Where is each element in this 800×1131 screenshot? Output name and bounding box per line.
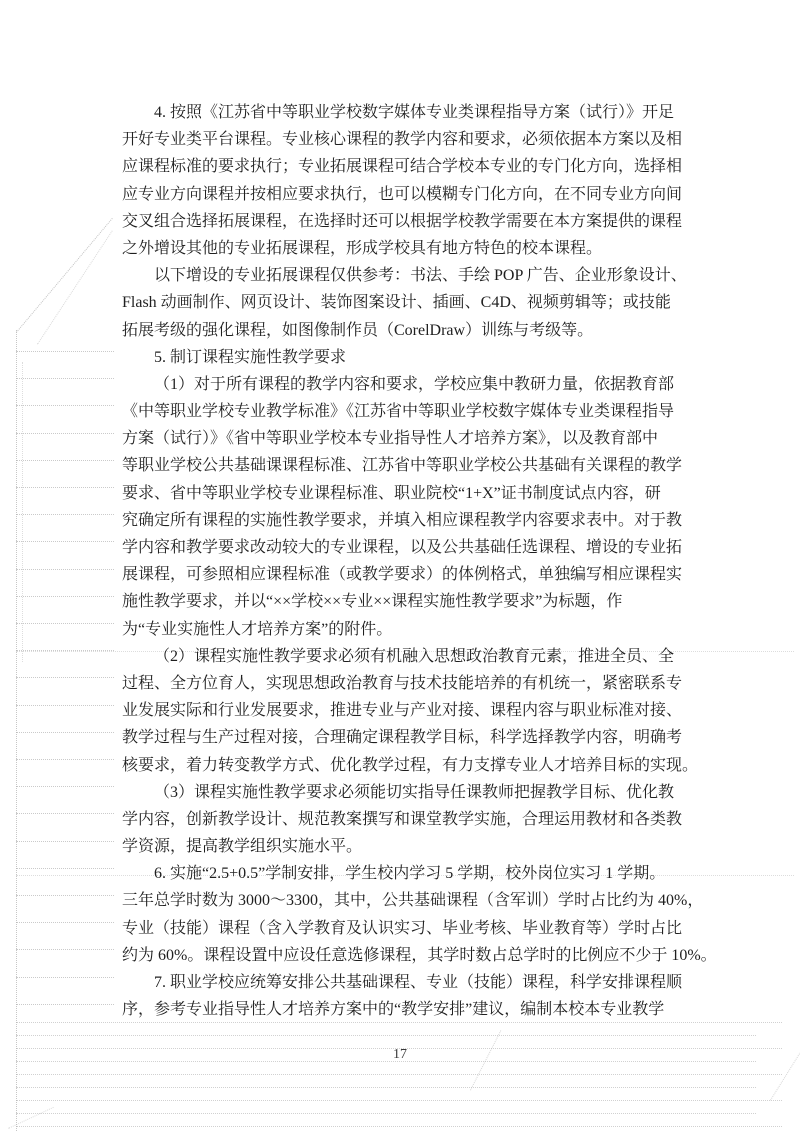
scan-dotted-row: [16, 677, 114, 678]
text-line: 方案（试行）》《省中等职业学校本专业指导性人才培养方案》，以及教育部中: [122, 425, 682, 452]
text-line: 交叉组合选择拓展课程，在选择时还可以根据学校教学需要在本方案提供的课程: [122, 208, 682, 235]
scan-dotted-row: [16, 759, 114, 760]
scan-dotted-row: [16, 487, 114, 488]
scan-dotted-row: [16, 1004, 114, 1005]
scan-dotted-row: [16, 541, 114, 542]
scan-vertical-dotted-line: [16, 330, 17, 1131]
text-line: 5. 制订课程实施性教学要求: [122, 344, 682, 371]
scan-dotted-row: [16, 841, 114, 842]
text-line: 以下增设的专业拓展课程仅供参考：书法、手绘 POP 广告、企业形象设计、: [122, 262, 682, 289]
text-line: 4. 按照《江苏省中等职业学校数字媒体专业类课程指导方案（试行）》开足: [122, 99, 682, 126]
text-line: 施性教学要求，并以“××学校××专业××课程实施性教学要求”为标题，作: [122, 588, 682, 615]
scan-diagonal-line: [16, 218, 113, 333]
scan-diagonal-line: [8, 1107, 54, 1129]
scan-dotted-row: [16, 623, 114, 624]
scan-dotted-row: [16, 949, 114, 950]
text-line: 开好专业类平台课程。专业核心课程的教学内容和要求，必须依据本方案以及相: [122, 126, 682, 153]
scan-dotted-row: [16, 922, 114, 923]
document-text: 4. 按照《江苏省中等职业学校数字媒体专业类课程指导方案（试行）》开足开好专业类…: [122, 99, 682, 1023]
text-line: （2）课程实施性教学要求必须有机融入思想政治教育元素，推进全员、全: [122, 643, 682, 670]
text-line: （1）对于所有课程的教学内容和要求，学校应集中教研力量，依据教育部: [122, 371, 682, 398]
scan-dotted-row: [16, 569, 114, 570]
scan-dotted-row: [16, 1087, 756, 1088]
text-line: 学内容和教学要求改动较大的专业课程，以及公共基础任选课程、增设的专业拓: [122, 534, 682, 561]
text-line: 展课程，可参照相应课程标准（或教学要求）的体例格式，单独编写相应课程实: [122, 561, 682, 588]
scan-dotted-row: [16, 351, 114, 352]
text-line: 学内容，创新教学设计、规范教案撰写和课堂教学实施，合理运用教材和各类教: [122, 806, 682, 833]
scan-dotted-row: [16, 813, 114, 814]
text-line: 拓展考级的强化课程，如图像制作员（CorelDraw）训练与考级等。: [122, 317, 682, 344]
scan-dotted-row: [16, 1035, 756, 1036]
text-line: 究确定所有课程的实施性教学要求，并填入相应课程教学内容要求表中。对于教: [122, 507, 682, 534]
scan-dotted-row: [16, 514, 114, 515]
text-line: 三年总学时数为 3000～3300，其中，公共基础课程（含军训）学时占比约为 4…: [122, 887, 682, 914]
text-line: 学资源，提高教学组织实施水平。: [122, 833, 682, 860]
scan-dotted-row: [16, 460, 114, 461]
scan-diagonal-line: [37, 230, 113, 344]
text-line: 专业（技能）课程（含入学教育及认识实习、毕业考核、毕业教育等）学时占比: [122, 915, 682, 942]
scan-dotted-row: [16, 786, 114, 787]
text-line: 7. 职业学校应统筹安排公共基础课程、专业（技能）课程，科学安排课程顺: [122, 969, 682, 996]
text-line: 序，参考专业指导性人才培养方案中的“教学安排”建议，编制本校本专业教学: [122, 996, 682, 1023]
scanned-document-page: 4. 按照《江苏省中等职业学校数字媒体专业类课程指导方案（试行）》开足开好专业类…: [0, 0, 800, 1131]
text-line: 过程、全方位育人，实现思想政治教育与技术技能培养的有机统一，紧密联系专: [122, 670, 682, 697]
text-line: 应专业方向课程并按相应要求执行，也可以模糊专门化方向，在不同专业方向间: [122, 181, 682, 208]
text-line: Flash 动画制作、网页设计、装饰图案设计、插画、C4D、视频剪辑等；或技能: [122, 289, 682, 316]
text-line: 教学过程与生产过程对接，合理确定课程教学目标，科学选择教学内容，明确考: [122, 724, 682, 751]
text-line: 要求、省中等职业学校专业课程标准、职业院校“1+X”证书制度试点内容，研: [122, 480, 682, 507]
text-line: 业发展实际和行业发展要求，推进专业与产业对接、课程内容与职业标准对接、: [122, 697, 682, 724]
scan-dotted-row: [16, 1126, 782, 1127]
scan-dotted-row: [16, 1113, 756, 1114]
scan-vertical-dotted-line: [22, 362, 23, 662]
scan-dotted-row: [16, 732, 114, 733]
text-line: 之外增设其他的专业拓展课程，形成学校具有地方特色的校本课程。: [122, 235, 682, 262]
scan-dotted-row: [16, 977, 114, 978]
scan-dotted-row: [16, 895, 114, 896]
scan-dotted-row: [16, 433, 114, 434]
scan-dotted-row: [16, 405, 114, 406]
text-line: 约为 60%。课程设置中应设任意选修课程，其学时数占总学时的比例应不少于 10%…: [122, 942, 682, 969]
scan-dotted-row: [16, 650, 114, 651]
text-line: （3）课程实施性教学要求必须能切实指导任课教师把握教学目标、优化教: [122, 779, 682, 806]
text-line: 《中等职业学校专业教学标准》《江苏省中等职业学校数字媒体专业类课程指导: [122, 398, 682, 425]
scan-dotted-row: [16, 868, 114, 869]
scan-dotted-row: [16, 1100, 782, 1101]
scan-dotted-row: [16, 1074, 782, 1075]
page-number: 17: [0, 1047, 800, 1063]
text-line: 等职业学校公共基础课课程标准、江苏省中等职业学校公共基础有关课程的教学: [122, 452, 682, 479]
scan-dotted-row: [16, 596, 114, 597]
text-line: 6. 实施“2.5+0.5”学制安排，学生校内学习 5 学期，校外岗位实习 1 …: [122, 860, 682, 887]
text-line: 为“专业实施性人才培养方案”的附件。: [122, 616, 682, 643]
text-line: 应课程标准的要求执行；专业拓展课程可结合学校本专业的专门化方向，选择相: [122, 153, 682, 180]
scan-dotted-row: [16, 705, 114, 706]
scan-dotted-row: [16, 378, 114, 379]
text-line: 核要求，着力转变教学方式、优化教学过程，有力支撑专业人才培养目标的实现。: [122, 752, 682, 779]
